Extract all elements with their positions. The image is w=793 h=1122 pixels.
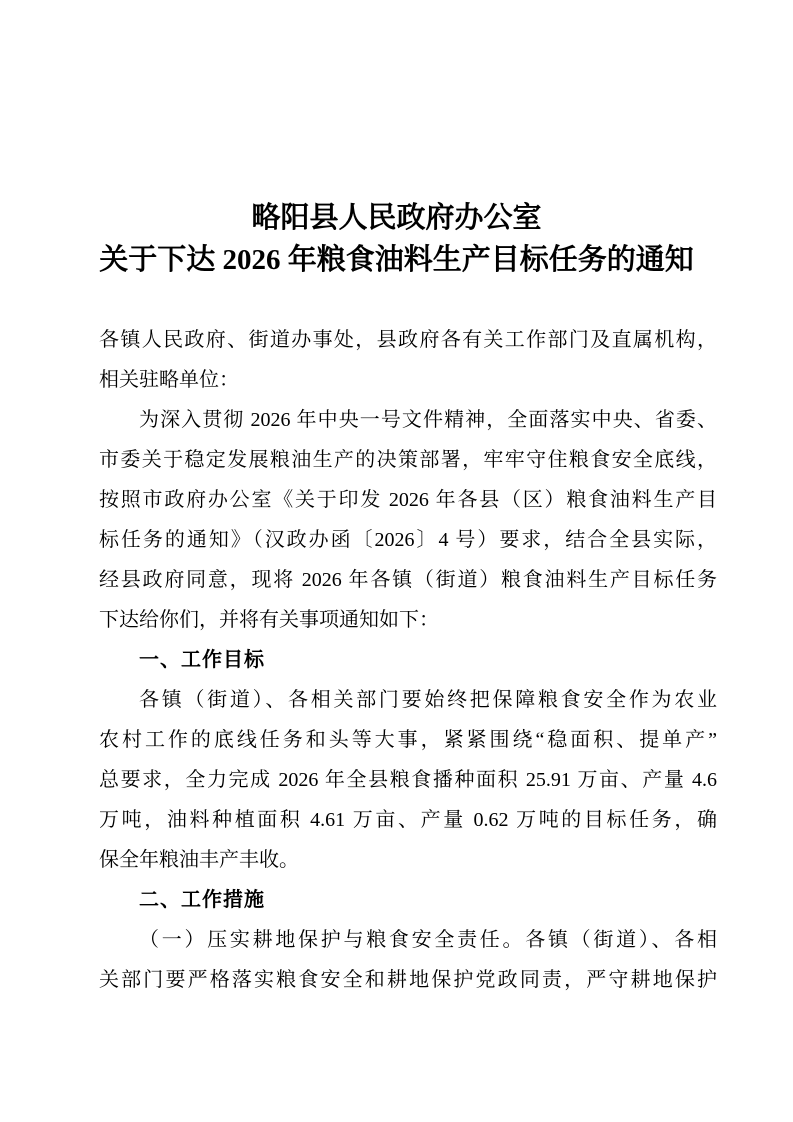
text-line: 按照市政府办公室《关于印发 2026 年各县（区）粮食油料生产目 bbox=[99, 480, 717, 520]
text-line: 各镇（街道）、各相关部门要始终把保障粮食安全作为农业 bbox=[99, 680, 717, 720]
title-line-issuer: 略阳县人民政府办公室 bbox=[0, 197, 793, 239]
text-line: 万吨，油料种植面积 4.61 万亩、产量 0.62 万吨的目标任务，确 bbox=[99, 800, 717, 840]
text-line: 经县政府同意，现将 2026 年各镇（街道）粮食油料生产目标任务 bbox=[99, 560, 717, 600]
text-line: 市委关于稳定发展粮油生产的决策部署，牢牢守住粮食安全底线， bbox=[99, 440, 717, 480]
section-heading: 二、工作措施 bbox=[99, 880, 717, 920]
document-page: 略阳县人民政府办公室 关于下达 2026 年粮食油料生产目标任务的通知 各镇人民… bbox=[0, 0, 793, 1122]
text-line: （一）压实耕地保护与粮食安全责任。各镇（街道）、各相 bbox=[99, 920, 717, 960]
text-line: 关部门要严格落实粮食安全和耕地保护党政同责，严守耕地保护 bbox=[99, 960, 717, 1000]
text-line: 下达给你们，并将有关事项通知如下： bbox=[99, 600, 717, 640]
text-line: 标任务的通知》（汉政办函〔2026〕4 号）要求，结合全县实际， bbox=[99, 520, 717, 560]
title-line-subject: 关于下达 2026 年粮食油料生产目标任务的通知 bbox=[0, 239, 793, 281]
document-title: 略阳县人民政府办公室 关于下达 2026 年粮食油料生产目标任务的通知 bbox=[0, 197, 793, 281]
text-line: 农村工作的底线任务和头等大事，紧紧围绕“稳面积、提单产” bbox=[99, 720, 717, 760]
text-line: 为深入贯彻 2026 年中央一号文件精神，全面落实中央、省委、 bbox=[99, 400, 717, 440]
text-line: 保全年粮油丰产丰收。 bbox=[99, 840, 717, 880]
text-line: 相关驻略单位： bbox=[99, 360, 717, 400]
document-body: 各镇人民政府、街道办事处，县政府各有关工作部门及直属机构，相关驻略单位：为深入贯… bbox=[99, 320, 717, 1000]
section-heading: 一、工作目标 bbox=[99, 640, 717, 680]
text-line: 各镇人民政府、街道办事处，县政府各有关工作部门及直属机构， bbox=[99, 320, 717, 360]
text-line: 总要求，全力完成 2026 年全县粮食播种面积 25.91 万亩、产量 4.6 bbox=[99, 760, 717, 800]
